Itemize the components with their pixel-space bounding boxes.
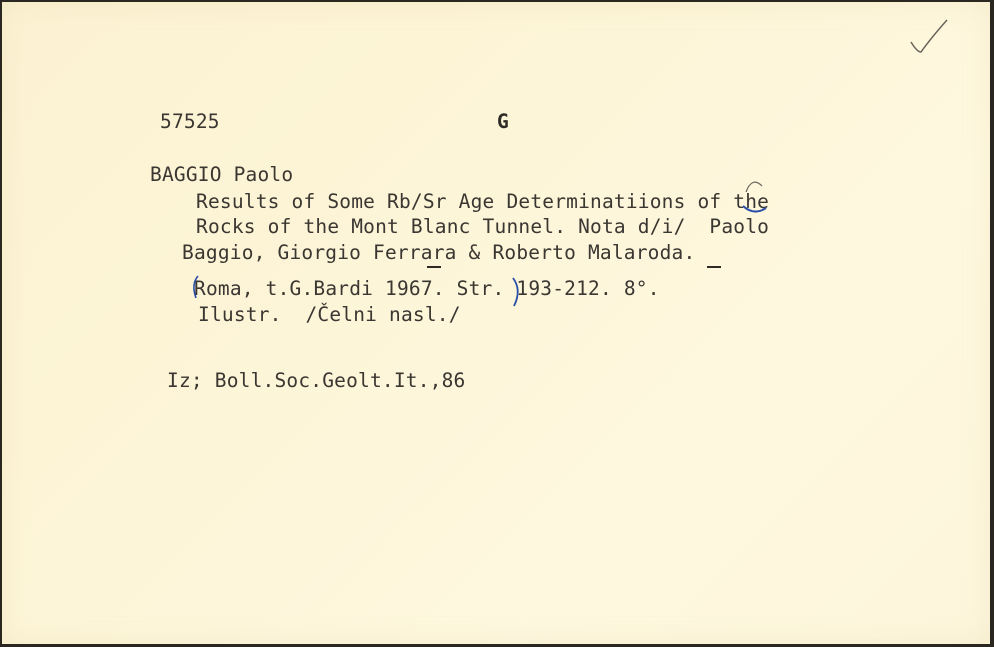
imprint-line-2: Ilustr. /Čelni nasl./ <box>198 305 461 325</box>
checkmark-icon <box>907 16 952 58</box>
imprint-line-1: Roma, t.G.Bardi 1967. Str. 193-212. 8°. <box>194 279 660 299</box>
ink-close-paren-icon <box>510 276 524 308</box>
source-line: Iz; Boll.Soc.Geolt.It.,86 <box>167 371 466 391</box>
ink-open-paren-icon <box>188 274 202 304</box>
accession-number: 57525 <box>160 112 220 132</box>
author-heading: BAGGIO Paolo <box>150 165 293 185</box>
title-line-2: Rocks of the Mont Blanc Tunnel. Nota d/i… <box>196 217 769 237</box>
ink-deletion-mark-icon <box>740 174 770 218</box>
classification-code: G <box>497 112 509 132</box>
underline-ferrara <box>427 266 441 268</box>
underline-malaroda <box>707 266 721 268</box>
title-line-1: Results of Some Rb/Sr Age Determinatiion… <box>196 192 769 212</box>
title-line-3: Baggio, Giorgio Ferrara & Roberto Malaro… <box>182 243 695 263</box>
catalog-card: 57525 G BAGGIO Paolo Results of Some Rb/… <box>2 2 990 644</box>
